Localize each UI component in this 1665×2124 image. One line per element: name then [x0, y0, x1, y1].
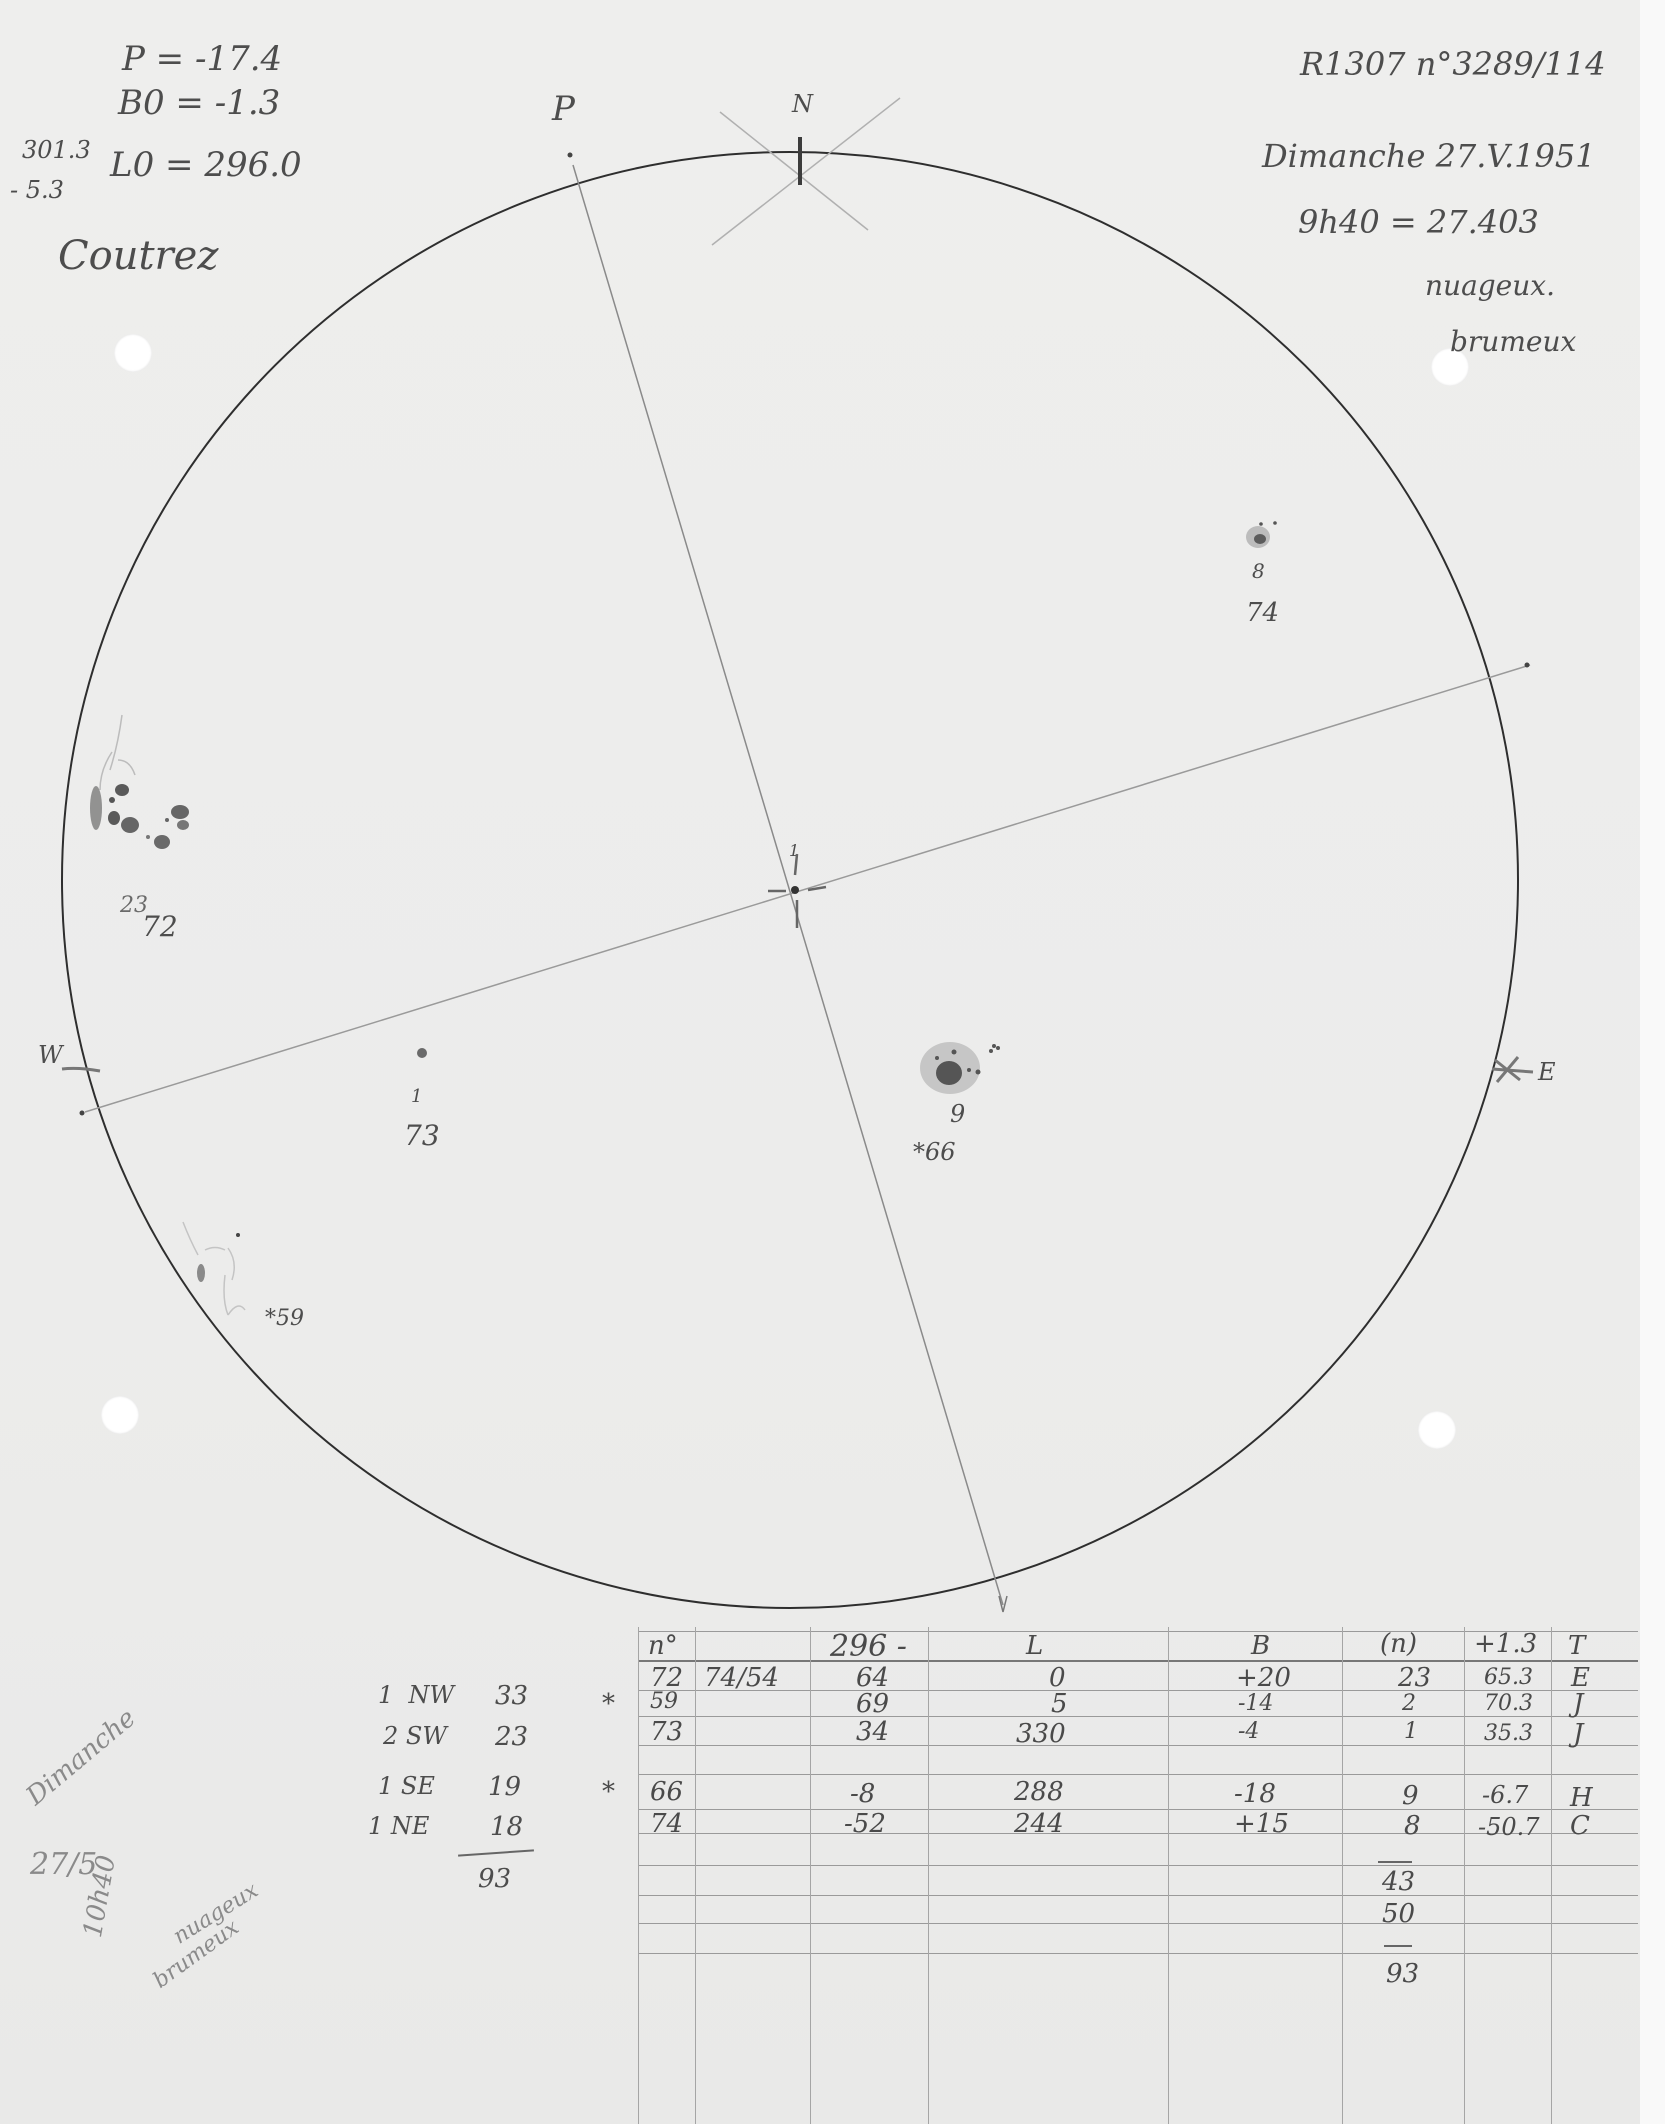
row-59-T: J — [1573, 1689, 1583, 1719]
row-73-B: -4 — [1238, 1719, 1259, 1744]
row-66-c296: -8 — [850, 1779, 875, 1809]
col-header-plus13: +1.3 — [1474, 1629, 1537, 1659]
group-66-label: *66 — [913, 1140, 956, 1164]
quadrant-row: 1 SE — [378, 1774, 435, 1798]
pole-axis-line — [573, 165, 1003, 1605]
center-mark — [791, 886, 799, 894]
table-total: 93 — [1386, 1959, 1419, 1989]
reference-number: R1307 n°3289/114 — [1300, 48, 1606, 80]
row-59-B: -14 — [1238, 1691, 1273, 1716]
p-angle-value: P = -17.4 — [122, 42, 282, 76]
row-72-p13: 65.3 — [1484, 1665, 1533, 1690]
subtotal-2: 50 — [1382, 1899, 1415, 1929]
group-72-id: 72 — [142, 913, 178, 941]
side-note-1: 301.3 — [22, 138, 91, 162]
group-73-count: 1 — [411, 1088, 422, 1106]
row-74-p13: -50.7 — [1478, 1813, 1540, 1841]
note-date: 27/5 — [30, 1850, 97, 1880]
col-header-type: T — [1568, 1631, 1585, 1661]
row-72-alt: 74/54 — [704, 1663, 779, 1693]
row-66-B: -18 — [1234, 1779, 1276, 1809]
sky-condition-2: brumeux — [1450, 328, 1576, 356]
sunspot-group-73 — [417, 1048, 427, 1058]
col-header-latitude: B — [1251, 1631, 1270, 1661]
sky-condition-1: nuageux. — [1425, 272, 1555, 300]
pole-dot — [568, 153, 573, 158]
north-cross-line — [712, 98, 900, 245]
north-label: N — [792, 92, 813, 116]
center-count-label: 1 — [789, 843, 799, 859]
sunspot-group-72 — [90, 715, 189, 849]
sunspot-group-66 — [920, 1042, 1000, 1094]
quadrant-total: 93 — [478, 1866, 511, 1892]
row-72-B: +20 — [1236, 1663, 1291, 1693]
group-59-label: *59 — [265, 1308, 304, 1330]
quadrant-value: 23 — [495, 1724, 528, 1750]
quadrant-row: 2 SW — [383, 1724, 447, 1748]
quadrant-row: 1 NE — [368, 1814, 429, 1838]
subtotal-divider — [1378, 1861, 1412, 1863]
observation-date: Dimanche 27.V.1951 — [1262, 140, 1596, 172]
row-73-p13: 35.3 — [1484, 1721, 1533, 1746]
east-label: E — [1538, 1060, 1556, 1084]
pole-label: P — [552, 92, 575, 126]
row-66-p13: -6.7 — [1482, 1781, 1528, 1809]
row-73-number: 73 — [650, 1717, 683, 1747]
north-cross-line — [720, 112, 868, 230]
group-74-id: 74 — [1246, 600, 1279, 626]
row-74-n: 8 — [1404, 1811, 1421, 1841]
punch-hole — [114, 334, 152, 372]
total-divider — [1384, 1945, 1412, 1947]
row-66-L: 288 — [1014, 1777, 1064, 1807]
row-66-star: * — [602, 1777, 615, 1807]
west-label: W — [38, 1043, 63, 1067]
col-header-longitude: L — [1026, 1631, 1043, 1661]
row-74-B: +15 — [1234, 1809, 1289, 1839]
l0-value: L0 = 296.0 — [110, 148, 302, 182]
quadrant-value: 18 — [490, 1814, 523, 1840]
col-header-count: (n) — [1380, 1629, 1417, 1659]
row-66-number: 66 — [650, 1777, 683, 1807]
row-73-L: 330 — [1016, 1719, 1066, 1749]
group-66-count: 9 — [950, 1102, 965, 1126]
row-66-T: H — [1570, 1783, 1593, 1813]
row-59-p13: 70.3 — [1484, 1691, 1533, 1716]
sunspot-group-59 — [183, 1222, 245, 1315]
row-74-c296: -52 — [844, 1809, 886, 1839]
row-74-T: C — [1570, 1811, 1590, 1841]
row-59-L: 5 — [1051, 1689, 1068, 1719]
subtotal-1: 43 — [1382, 1867, 1415, 1897]
punch-hole — [101, 1396, 139, 1434]
group-73-id: 73 — [404, 1122, 440, 1150]
row-73-T: J — [1573, 1719, 1583, 1749]
row-74-L: 244 — [1014, 1809, 1064, 1839]
quadrant-value: 33 — [495, 1683, 528, 1709]
side-note-2: - 5.3 — [10, 178, 64, 202]
row-59-c296: 69 — [856, 1689, 889, 1719]
equator-line — [85, 665, 1530, 1112]
row-73-n: 1 — [1404, 1719, 1418, 1744]
row-59-number: 59 — [650, 1689, 678, 1714]
row-72-n: 23 — [1398, 1663, 1431, 1693]
punch-hole — [1418, 1411, 1456, 1449]
observer-signature: Coutrez — [58, 236, 218, 276]
quadrant-row: 1 NW — [378, 1683, 454, 1707]
row-73-c296: 34 — [856, 1717, 889, 1747]
quadrant-value: 19 — [488, 1774, 521, 1800]
row-59-star: * — [602, 1689, 615, 1719]
row-66-n: 9 — [1402, 1781, 1419, 1811]
group-74-count: 8 — [1252, 561, 1265, 581]
row-74-number: 74 — [650, 1809, 683, 1839]
sunspot-group-74 — [1246, 521, 1277, 548]
col-header-296: 296 - — [830, 1629, 907, 1664]
observation-time: 9h40 = 27.403 — [1298, 206, 1539, 238]
col-header-number: n° — [648, 1631, 678, 1661]
b0-value: B0 = -1.3 — [118, 86, 280, 120]
solar-disk-outline — [62, 152, 1518, 1608]
row-59-n: 2 — [1402, 1691, 1416, 1716]
